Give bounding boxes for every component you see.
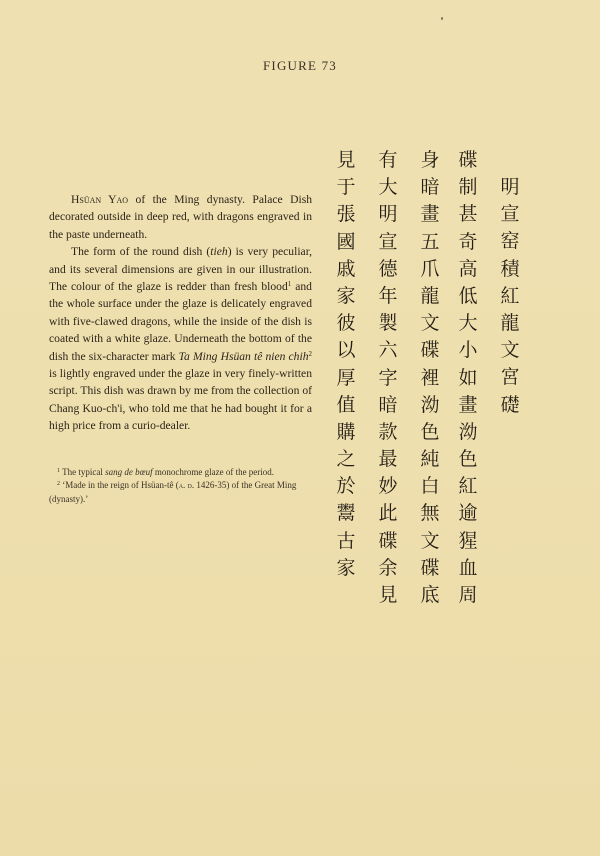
paragraph-2-text-a: The form of the round dish ( (71, 245, 210, 258)
chinese-character: 碟 (417, 337, 443, 364)
chinese-character: 逾 (455, 500, 481, 527)
chinese-character: 龍 (417, 283, 443, 310)
footnote-1-text-a: The typical (62, 467, 105, 477)
chinese-character: 款 (375, 419, 401, 446)
chinese-character: 余 (375, 555, 401, 582)
chinese-character: 明 (375, 201, 401, 228)
chinese-character: 製 (375, 310, 401, 337)
chinese-character: 文 (417, 528, 443, 555)
paragraph-2: The form of the round dish (tieh) is ver… (49, 243, 312, 434)
chinese-character: 奇 (455, 229, 481, 256)
chinese-column-1: 明宣窑積紅龍文宮礎 (497, 174, 523, 419)
chinese-character: 身 (417, 147, 443, 174)
chinese-character: 文 (417, 310, 443, 337)
footnote-2-era: a. d. (179, 480, 194, 490)
chinese-character: 妙 (375, 473, 401, 500)
chinese-character: 裡 (417, 365, 443, 392)
chinese-character: 年 (375, 283, 401, 310)
chinese-character: 暗 (417, 174, 443, 201)
footnote-1: 1 The typical sang de bœuf monochrome gl… (49, 466, 314, 479)
chinese-character: 猩 (455, 528, 481, 555)
chinese-character: 碟 (375, 528, 401, 555)
book-page: FIGURE 73 Hsüan Yao of the Ming dynasty.… (0, 0, 600, 856)
chinese-character: 彼 (333, 310, 359, 337)
chinese-character: 低 (455, 283, 481, 310)
chinese-character: 宮 (497, 364, 523, 391)
chinese-character: 泑 (417, 392, 443, 419)
chinese-character: 鬻 (333, 500, 359, 527)
english-description: Hsüan Yao of the Ming dynasty. Palace Di… (49, 191, 312, 435)
chinese-column-2: 碟制甚奇高低大小如畫泑色紅逾猩血周 (455, 147, 481, 609)
chinese-character: 窑 (497, 228, 523, 255)
chinese-character: 戚 (333, 256, 359, 283)
chinese-column-4: 有大明宣德年製六字暗款最妙此碟余見 (375, 147, 401, 609)
paragraph-2-text-d: is lightly engraved under the glaze in v… (49, 367, 312, 432)
chinese-character: 無 (417, 500, 443, 527)
chinese-character: 宣 (375, 229, 401, 256)
title-caps: Hsüan Yao (71, 193, 128, 206)
chinese-character: 此 (375, 500, 401, 527)
chinese-character: 購 (333, 419, 359, 446)
chinese-character: 文 (497, 337, 523, 364)
chinese-character: 爪 (417, 256, 443, 283)
footnote-1-number: 1 (57, 468, 60, 474)
chinese-character: 見 (333, 147, 359, 174)
footnote-1-italic: sang de bœuf (105, 467, 153, 477)
italic-term-tieh: tieh (210, 245, 227, 258)
chinese-character: 周 (455, 582, 481, 609)
chinese-column-5: 見于張國戚家彼以厚值購之於鬻古家 (333, 147, 359, 582)
chinese-character: 以 (333, 337, 359, 364)
chinese-character: 血 (455, 555, 481, 582)
figure-title: FIGURE 73 (0, 58, 600, 74)
chinese-character: 如 (455, 365, 481, 392)
chinese-character: 於 (333, 473, 359, 500)
chinese-character: 張 (333, 201, 359, 228)
chinese-character: 畫 (455, 392, 481, 419)
chinese-character: 德 (375, 256, 401, 283)
footnote-2-text-a: ‘Made in the reign of Hsüan-tê ( (62, 480, 178, 490)
chinese-character: 龍 (497, 310, 523, 337)
chinese-character: 明 (497, 174, 523, 201)
chinese-character: 純 (417, 446, 443, 473)
chinese-character: 于 (333, 174, 359, 201)
chinese-character: 厚 (333, 365, 359, 392)
chinese-character: 泑 (455, 419, 481, 446)
chinese-character: 國 (333, 229, 359, 256)
chinese-character: 大 (375, 174, 401, 201)
chinese-character: 五 (417, 229, 443, 256)
chinese-character: 家 (333, 283, 359, 310)
chinese-character: 見 (375, 582, 401, 609)
chinese-character: 大 (455, 310, 481, 337)
page-speck (441, 17, 443, 20)
footnote-ref-2[interactable]: 2 (309, 350, 313, 358)
chinese-character: 最 (375, 446, 401, 473)
footnote-2-number: 2 (57, 481, 60, 487)
chinese-character: 畫 (417, 201, 443, 228)
chinese-character: 字 (375, 365, 401, 392)
chinese-character: 碟 (417, 555, 443, 582)
chinese-character: 小 (455, 337, 481, 364)
chinese-character: 宣 (497, 201, 523, 228)
chinese-character: 碟 (455, 147, 481, 174)
footnote-1-text-b: monochrome glaze of the period. (153, 467, 274, 477)
chinese-character: 家 (333, 555, 359, 582)
chinese-character: 古 (333, 528, 359, 555)
italic-reign-mark: Ta Ming Hsüan tê nien chih (179, 350, 309, 363)
chinese-character: 之 (333, 446, 359, 473)
chinese-character: 紅 (455, 473, 481, 500)
chinese-character: 值 (333, 392, 359, 419)
chinese-character: 甚 (455, 201, 481, 228)
chinese-character: 色 (455, 446, 481, 473)
footnote-2: 2 ‘Made in the reign of Hsüan-tê (a. d. … (49, 479, 314, 506)
chinese-character: 底 (417, 582, 443, 609)
paragraph-1: Hsüan Yao of the Ming dynasty. Palace Di… (49, 191, 312, 243)
chinese-character: 礎 (497, 392, 523, 419)
chinese-character: 暗 (375, 392, 401, 419)
chinese-character: 白 (417, 473, 443, 500)
chinese-character: 色 (417, 419, 443, 446)
footnotes: 1 The typical sang de bœuf monochrome gl… (49, 466, 314, 506)
chinese-character: 制 (455, 174, 481, 201)
chinese-character: 紅 (497, 283, 523, 310)
chinese-character: 高 (455, 256, 481, 283)
chinese-character: 積 (497, 256, 523, 283)
chinese-character: 六 (375, 337, 401, 364)
chinese-column-3: 身暗畫五爪龍文碟裡泑色純白無文碟底 (417, 147, 443, 609)
chinese-character: 有 (375, 147, 401, 174)
